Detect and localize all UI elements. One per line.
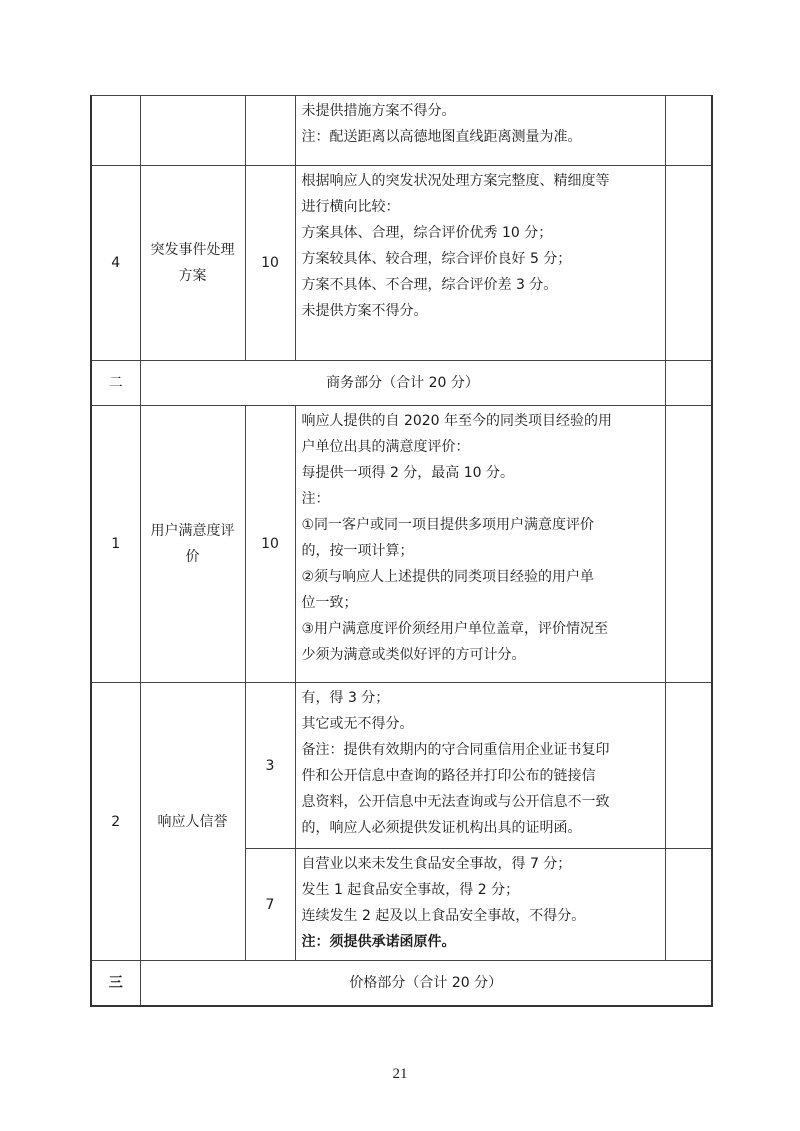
criteria-line: ③用户满意度评价须经用户单位盖章，评价情况至 [302, 616, 661, 642]
criteria-line: 连续发生 2 起及以上食品安全事故，不得分。 [302, 903, 661, 929]
score-cell: 7 [245, 849, 295, 961]
criteria-line: 位一致； [302, 590, 661, 616]
criteria-line: 件和公开信息中查询的路径并打印公布的链接信 [302, 763, 661, 789]
criteria-line: 户单位出具的满意度评价： [302, 434, 661, 460]
row-number-cell: 4 [91, 166, 140, 361]
table-row-reputation-credit: 2 响应人信誉 3 有，得 3 分； 其它或无不得分。 备注：提供有效期内的守合… [91, 683, 712, 849]
criteria-line: 备注：提供有效期内的守合同重信用企业证书复印 [302, 737, 661, 763]
section-number: 二 [91, 361, 140, 406]
section-number: 三 [91, 961, 140, 1007]
table-row-continued: 未提供措施方案不得分。 注：配送距离以高德地图直线距离测量为准。 [91, 96, 712, 166]
criteria-line: 的，响应人必须提供发证机构出具的证明函。 [302, 815, 661, 841]
criteria-line: ②须与响应人上述提供的同类项目经验的用户单 [302, 564, 661, 590]
criteria-line: 发生 1 起食品安全事故，得 2 分； [302, 877, 661, 903]
criteria-line: 少须为满意或类似好评的方可计分。 [302, 642, 661, 668]
criteria-cell: 响应人提供的自 2020 年至今的同类项目经验的用 户单位出具的满意度评价： 每… [295, 406, 665, 683]
score-cell: 10 [245, 166, 295, 361]
criteria-line: 每提供一项得 2 分，最高 10 分。 [302, 460, 661, 486]
item-name-cell [140, 96, 245, 166]
remark-cell [665, 361, 712, 406]
remark-cell [665, 849, 712, 961]
criteria-line: 未提供方案不得分。 [302, 298, 661, 324]
remark-cell [665, 683, 712, 849]
remark-cell [665, 406, 712, 683]
table-row-user-satisfaction: 1 用户满意度评价 10 响应人提供的自 2020 年至今的同类项目经验的用 户… [91, 406, 712, 683]
row-number-cell: 1 [91, 406, 140, 683]
item-name-cell: 突发事件处理方案 [140, 166, 245, 361]
table-row-emergency-plan: 4 突发事件处理方案 10 根据响应人的突发状况处理方案完整度、精细度等 进行横… [91, 166, 712, 361]
criteria-cell: 根据响应人的突发状况处理方案完整度、精细度等 进行横向比较： 方案具体、合理，综… [295, 166, 665, 361]
criteria-line: 未提供措施方案不得分。 [302, 98, 661, 124]
remark-cell [665, 166, 712, 361]
criteria-line: 方案具体、合理，综合评价优秀 10 分； [302, 220, 661, 246]
criteria-line: 的，按一项计算； [302, 538, 661, 564]
criteria-line: 进行横向比较： [302, 194, 661, 220]
item-name-cell: 响应人信誉 [140, 683, 245, 961]
criteria-line: 响应人提供的自 2020 年至今的同类项目经验的用 [302, 408, 661, 434]
remark-cell [665, 96, 712, 166]
score-cell: 3 [245, 683, 295, 849]
criteria-cell: 未提供措施方案不得分。 注：配送距离以高德地图直线距离测量为准。 [295, 96, 665, 166]
row-number-cell [91, 96, 140, 166]
row-number-cell: 2 [91, 683, 140, 961]
score-cell: 10 [245, 406, 295, 683]
criteria-line: 有，得 3 分； [302, 685, 661, 711]
criteria-line: 息资料，公开信息中无法查询或与公开信息不一致 [302, 789, 661, 815]
criteria-line: 根据响应人的突发状况处理方案完整度、精细度等 [302, 168, 661, 194]
section-title: 价格部分（合计 20 分） [140, 961, 712, 1007]
criteria-line: 注： [302, 486, 661, 512]
criteria-line: 自营业以来未发生食品安全事故，得 7 分； [302, 851, 661, 877]
criteria-note-bold: 注：须提供承诺函原件。 [302, 929, 661, 955]
criteria-line: 方案不具体、不合理，综合评价差 3 分。 [302, 272, 661, 298]
criteria-line: 注：配送距离以高德地图直线距离测量为准。 [302, 124, 661, 150]
section-row-price: 三 价格部分（合计 20 分） [91, 961, 712, 1007]
score-cell [245, 96, 295, 166]
criteria-cell: 自营业以来未发生食品安全事故，得 7 分； 发生 1 起食品安全事故，得 2 分… [295, 849, 665, 961]
criteria-line: 其它或无不得分。 [302, 711, 661, 737]
criteria-line: ①同一客户或同一项目提供多项用户满意度评价 [302, 512, 661, 538]
criteria-cell: 有，得 3 分； 其它或无不得分。 备注：提供有效期内的守合同重信用企业证书复印… [295, 683, 665, 849]
section-title: 商务部分（合计 20 分） [140, 361, 665, 406]
scoring-table: 未提供措施方案不得分。 注：配送距离以高德地图直线距离测量为准。 4 突发事件处… [90, 95, 713, 1007]
criteria-line: 方案较具体、较合理，综合评价良好 5 分； [302, 246, 661, 272]
page-number: 21 [0, 1066, 800, 1083]
section-row-business: 二 商务部分（合计 20 分） [91, 361, 712, 406]
item-name-cell: 用户满意度评价 [140, 406, 245, 683]
